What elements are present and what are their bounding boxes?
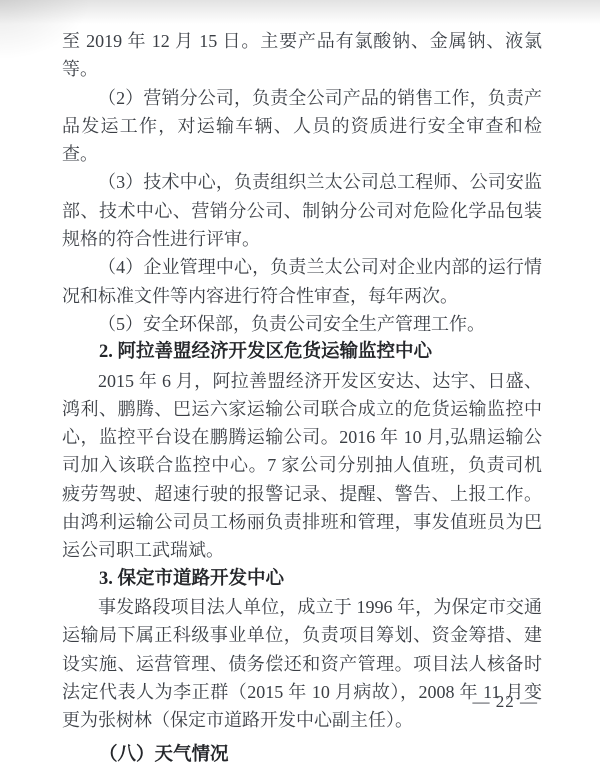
para-marketing-branch: （2）营销分公司，负责全公司产品的销售工作，负责产品发运工作，对运输车辆、人员的… bbox=[62, 84, 542, 169]
para-monitoring-center-detail: 2015 年 6 月，阿拉善盟经济开发区安达、达宇、日盛、鸿利、鹏腾、巴运六家运… bbox=[62, 367, 542, 565]
page-number: — 22 — bbox=[473, 692, 539, 712]
document-body: 至 2019 年 12 月 15 日。主要产品有氯酸钠、金属钠、液氯等。 （2）… bbox=[62, 27, 542, 770]
para-tech-center: （3）技术中心，负责组织兰太公司总工程师、公司安监部、技术中心、营销分公司、制钠… bbox=[62, 168, 542, 253]
heading-baoding-road-center: 3. 保定市道路开发中心 bbox=[62, 565, 542, 593]
heading-alashan-monitoring-center: 2. 阿拉善盟经济开发区危货运输监控中心 bbox=[62, 338, 542, 366]
para-baoding-road-center-detail: 事发路段项目法人单位，成立于 1996 年，为保定市交通运输局下属正科级事业单位… bbox=[62, 593, 542, 734]
para-enterprise-mgmt-center: （4）企业管理中心，负责兰太公司对企业内部的运行情况和标准文件等内容进行符合性审… bbox=[62, 253, 542, 310]
para-safety-env-dept: （5）安全环保部，负责公司安全生产管理工作。 bbox=[62, 310, 542, 338]
heading-weather-conditions: （八）天气情况 bbox=[62, 741, 542, 769]
document-page: 至 2019 年 12 月 15 日。主要产品有氯酸钠、金属钠、液氯等。 （2）… bbox=[0, 0, 600, 778]
scan-shadow-top bbox=[0, 0, 600, 24]
para-product-dates: 至 2019 年 12 月 15 日。主要产品有氯酸钠、金属钠、液氯等。 bbox=[62, 27, 542, 84]
